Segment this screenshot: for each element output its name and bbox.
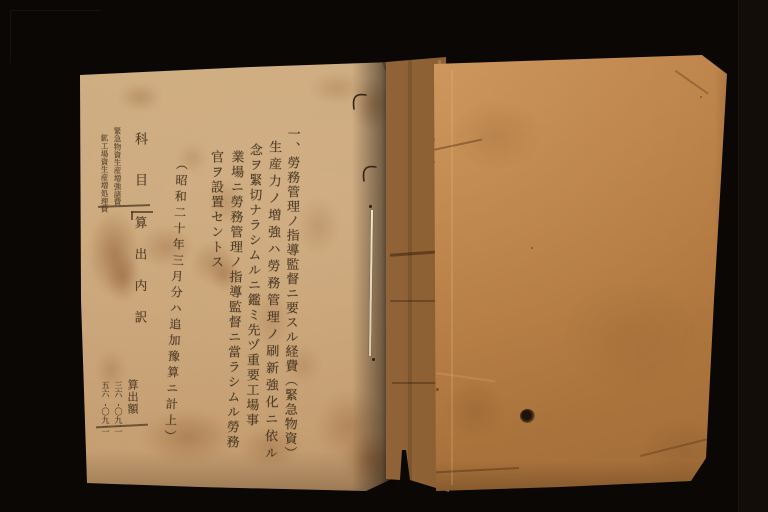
stitch-hole [372, 358, 375, 361]
stitch-hole [369, 205, 372, 208]
stain [560, 280, 700, 390]
field-label-amount: 算出額 [124, 379, 140, 415]
crease-line [675, 70, 709, 95]
field-label-breakdown: 算出内訳 [131, 216, 149, 342]
crease-line [424, 467, 519, 474]
ink-mark [358, 164, 380, 184]
crease-line [390, 250, 440, 256]
stain [118, 82, 162, 112]
crease-line [408, 60, 412, 480]
ink-blot [520, 409, 535, 423]
rule-line [131, 211, 153, 213]
header-annotation-line-1: 緊急物資生産増強諸費 [112, 127, 123, 206]
body-column-5: 官ヲ設置セントス [206, 150, 225, 270]
ink-mark [348, 92, 370, 112]
stain [452, 100, 542, 170]
crease-line [390, 300, 442, 302]
speck [436, 388, 439, 391]
speck [700, 96, 702, 98]
crease-line [640, 436, 718, 457]
speck [531, 247, 533, 249]
field-label-subject: 科目 [130, 132, 149, 214]
crease-line [392, 382, 440, 384]
crease-line [428, 139, 482, 152]
stain [445, 380, 505, 440]
crease-line [451, 70, 453, 485]
backdrop-edge [738, 0, 768, 512]
rule-line [131, 211, 133, 220]
stain [640, 420, 730, 480]
header-annotation-line-2: 鉱工場資生産増処理費 [99, 134, 110, 213]
crease-line [436, 372, 496, 382]
stain [296, 196, 340, 256]
backdrop-corner [10, 10, 101, 63]
photo-backdrop: 一、勞務管理ノ指導監督ニ要スル経費（緊急物資） 生産力ノ増強ハ勞務管理ノ刷新強化… [0, 0, 768, 512]
